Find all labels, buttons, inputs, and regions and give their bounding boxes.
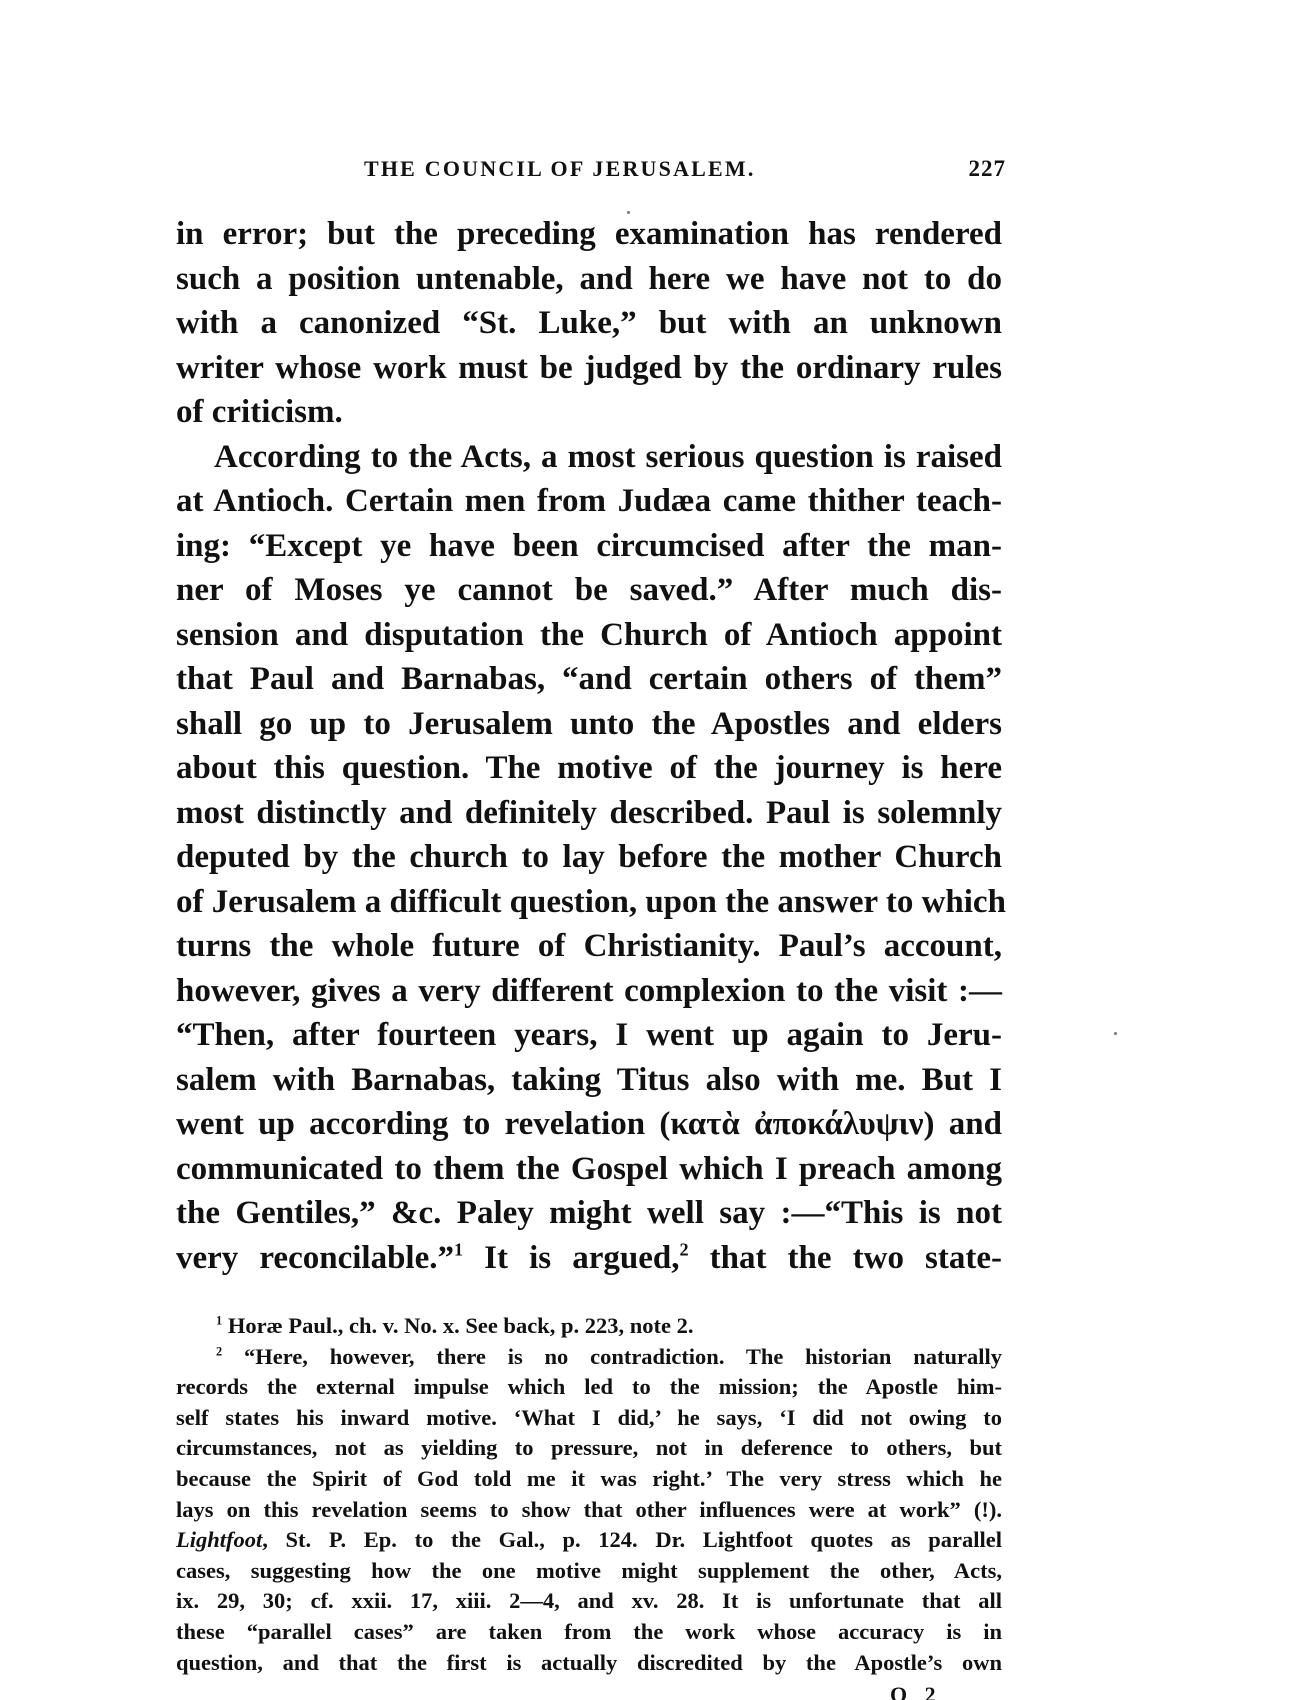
footnote-line: Lightfoot, St. P. Ep. to the Gal., p. 12… [176, 1525, 1002, 1556]
book-page: THE COUNCIL OF JERUSALEM. 227 in error; … [0, 0, 1292, 1700]
author-name-italic: Lightfoot [176, 1527, 262, 1552]
footnote-2: 2 “Here, however, there is no contradict… [176, 1342, 1002, 1373]
body-line: shall go up to Jerusalem unto the Apostl… [176, 702, 1002, 747]
body-line: deputed by the church to lay before the … [176, 835, 1002, 880]
body-line: about this question. The motive of the j… [176, 746, 1002, 791]
body-line: with a canonized “St. Luke,” but with an… [176, 301, 1002, 346]
footnote-line: these “parallel cases” are taken from th… [176, 1617, 1002, 1648]
page-number: 227 [969, 156, 1007, 182]
scan-speck [627, 211, 630, 214]
footnote-line: because the Spirit of God told me it was… [176, 1464, 1002, 1495]
footnote-text: Horæ Paul., ch. v. No. x. See back, p. 2… [222, 1313, 693, 1338]
footnote-line: circumstances, not as yielding to pressu… [176, 1433, 1002, 1464]
body-text: in error; but the preceding examination … [176, 212, 1002, 1280]
running-title: THE COUNCIL OF JERUSALEM. [364, 156, 756, 182]
footnote-line: cases, suggesting how the one motive mig… [176, 1556, 1002, 1587]
signature-mark: Q 2 [890, 1682, 942, 1700]
body-line: of Jerusalem a difficult question, upon … [176, 880, 1002, 925]
body-line: that Paul and Barnabas, “and certain oth… [176, 657, 1002, 702]
footnote-text: , St. P. Ep. to the Gal., p. 124. Dr. Li… [262, 1527, 1002, 1552]
footnote-1: 1 Horæ Paul., ch. v. No. x. See back, p.… [176, 1311, 1002, 1342]
footnote-text: “Here, however, there is no contradictio… [222, 1344, 1002, 1369]
body-line: most distinctly and definitely described… [176, 791, 1002, 836]
body-line-last: very reconcilable.”1 It is argued,2 that… [176, 1236, 1002, 1281]
body-line: writer whose work must be judged by the … [176, 346, 1002, 391]
footnote-line: records the external impulse which led t… [176, 1372, 1002, 1403]
body-line: ing: “Except ye have been circumcised af… [176, 524, 1002, 569]
body-line: in error; but the preceding examination … [176, 212, 1002, 257]
scan-speck [1114, 1032, 1117, 1035]
body-text-fragment: that the two state- [689, 1240, 1002, 1276]
body-line: ner of Moses ye cannot be saved.” After … [176, 568, 1002, 613]
body-line: According to the Acts, a most serious qu… [176, 435, 1002, 480]
footnote-ref-1[interactable]: 1 [454, 1239, 463, 1259]
body-line: such a position untenable, and here we h… [176, 257, 1002, 302]
body-line: of criticism. [176, 390, 1002, 435]
running-head: THE COUNCIL OF JERUSALEM. 227 [176, 156, 1006, 186]
body-line: at Antioch. Certain men from Judæa came … [176, 479, 1002, 524]
footnote-line: question, and that the first is actually… [176, 1648, 1002, 1679]
body-line: however, gives a very different complexi… [176, 969, 1002, 1014]
footnote-line: self states his inward motive. ‘What I d… [176, 1403, 1002, 1434]
body-line: turns the whole future of Christianity. … [176, 924, 1002, 969]
body-line: communicated to them the Gospel which I … [176, 1147, 1002, 1192]
body-line: salem with Barnabas, taking Titus also w… [176, 1058, 1002, 1103]
body-text-fragment: very reconcilable.” [176, 1240, 454, 1276]
body-line: went up according to revelation (κατὰ ἀπ… [176, 1102, 1002, 1147]
body-text-fragment: It is argued, [463, 1240, 679, 1276]
footnote-line: ix. 29, 30; cf. xxii. 17, xiii. 2—4, and… [176, 1586, 1002, 1617]
footnote-ref-2[interactable]: 2 [679, 1239, 688, 1259]
footnotes: 1 Horæ Paul., ch. v. No. x. See back, p.… [176, 1311, 1002, 1678]
body-line: the Gentiles,” &c. Paley might well say … [176, 1191, 1002, 1236]
footnote-line: lays on this revelation seems to show th… [176, 1495, 1002, 1526]
body-line: sension and disputation the Church of An… [176, 613, 1002, 658]
body-line: “Then, after fourteen years, I went up a… [176, 1013, 1002, 1058]
